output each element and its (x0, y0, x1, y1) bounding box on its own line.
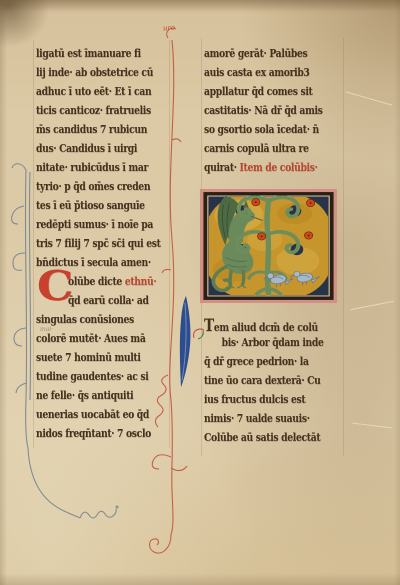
text-line: ius fructus dulcis est (204, 392, 318, 411)
paraph-mark (192, 328, 204, 341)
text-line: tes ī eū p̄tioso sanguīe (36, 198, 143, 217)
rubricated-word: ethnū· (125, 274, 156, 288)
miniature-illustration (200, 189, 337, 303)
text-line: tris 7 filij 7 spc̄ sc̄i qui est (36, 236, 143, 255)
left-text-column: ligatū est īmanuare fi lij inde· ab obst… (36, 46, 170, 445)
text-line: q̄ dr̄ grece pedrion· la (204, 354, 318, 373)
text-line: Colūbe aū satis delectāt (204, 430, 318, 449)
interlinear-note: mai· (40, 326, 53, 333)
decorated-initial-c: C (35, 267, 75, 308)
text-line: castitatis· Nā dr̄ q̄d amis (204, 103, 318, 122)
blue-leaf-descender (176, 296, 196, 388)
rubric-heading: Item de colūbis· (240, 160, 318, 174)
text-line: adhuc ī uto eēt· Et ī can (36, 84, 143, 103)
text-line: auis casta ex amorib3 (204, 65, 318, 84)
text-line: colorē mutēt· Aues mā (36, 331, 143, 350)
manuscript-page: ligatū est īmanuare fi lij inde· ab obst… (0, 0, 400, 585)
dragon-tree-miniature (200, 189, 337, 303)
text-segment: olūbe dicte (68, 274, 125, 288)
text-line: nitate· rubicūdus ī mar (36, 160, 143, 179)
text-segment: quirat· (204, 160, 240, 174)
text-line: amorē gerāt· Palūbes (204, 46, 318, 65)
text-line: redēpti sumus· ī noīe pa (36, 217, 143, 236)
text-line: tyrio· p q̄d om̄es creden (36, 179, 143, 198)
text-line: ligatū est īmanuare fi (36, 46, 143, 65)
text-line: nidos freqn̄tant· 7 osclo (36, 426, 143, 445)
tree-trunk (267, 200, 268, 293)
text-line: carnis copulā ultra re (204, 141, 318, 160)
text-line: tine ūo cara dexterā· Cu (204, 373, 318, 392)
text-line: quirat· Item de colūbis· (204, 160, 318, 179)
text-line: ne felle· q̄s antiquiti (36, 388, 143, 407)
text-line: m̄s candidus 7 rubicun (36, 122, 143, 141)
ruling-line (33, 40, 34, 448)
right-text-column-top: amorē gerāt· Palūbes auis casta ex amori… (204, 46, 346, 179)
text-line: dus· Candidus ī uirgi (36, 141, 143, 160)
text-line: so gsortio sola īcedat· n̄ (204, 122, 318, 141)
text-line: nimis· 7 ualde suauis· (204, 411, 318, 430)
parchment-crease (346, 91, 392, 105)
right-text-column-bottom: Tem aliud dcm̄ de colū bis· Arbor q̄dam … (204, 316, 346, 449)
text-line: lij inde· ab obstetrice cū (36, 65, 143, 84)
text-line: ticis canticoz· fratruelis (36, 103, 143, 122)
text-line: Tem aliud dcm̄ de colū (204, 316, 318, 335)
text-line: bis· Arbor q̄dam inde (204, 335, 318, 354)
marginal-note: uro (163, 24, 176, 33)
text-line: suete 7 hominū multi (36, 350, 143, 369)
parchment-crease (350, 301, 393, 310)
text-line: uenerias uocabāt eo q̄d (36, 407, 143, 426)
text-line: tudine gaudentes· ac si (36, 369, 143, 388)
parchment-crease (352, 423, 392, 429)
text-line: appllatur q̄d comes sit (204, 84, 318, 103)
